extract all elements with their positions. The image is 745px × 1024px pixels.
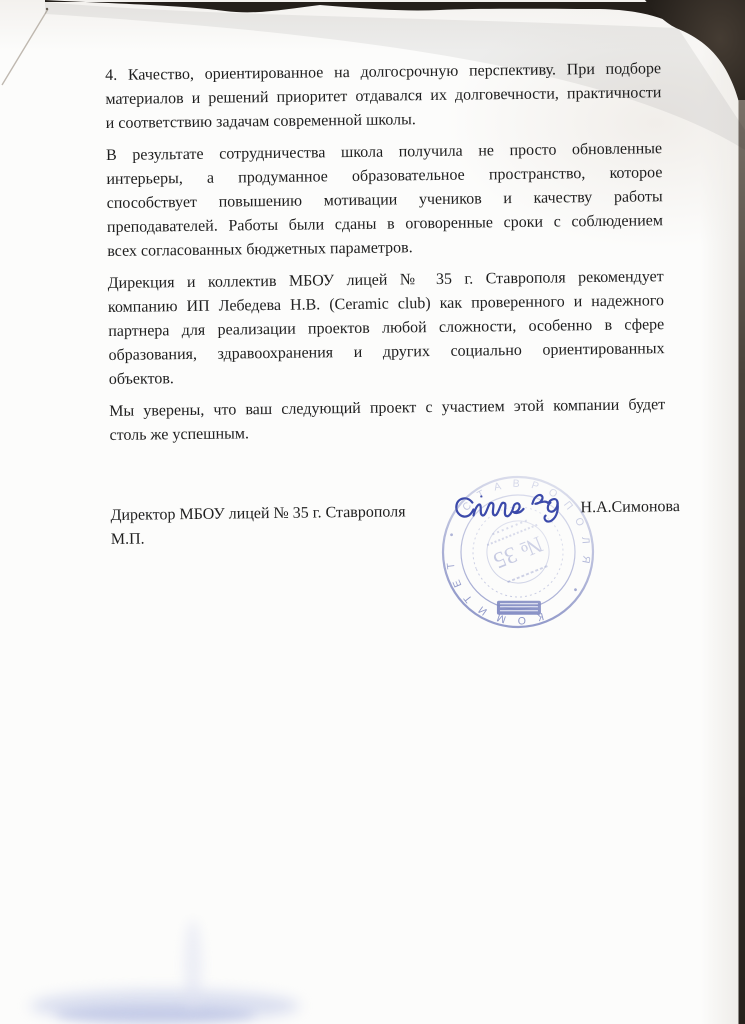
- paragraph-recommendation: Дирекция и коллектив МБОУ лицей № 35 г. …: [108, 265, 665, 392]
- ink-smudge: [184, 920, 202, 1010]
- stamp-dense-patch: [497, 601, 541, 615]
- paragraph-closing: Мы уверены, что ваш следующий проект с у…: [109, 393, 666, 448]
- scan-top-edge: [45, 0, 745, 26]
- scan-right-edge: [739, 100, 745, 1024]
- crease-speck: [46, 8, 48, 10]
- stamp-center-number: № 35: [490, 531, 546, 573]
- paragraph-result: В результате сотрудничества школа получи…: [106, 137, 663, 264]
- signer-title: Директор МБОУ лицей № 35 г. Ставрополя: [110, 500, 405, 528]
- paragraph-quality: 4. Качество, ориентированное на долгосро…: [105, 57, 662, 136]
- ink-smudge: [55, 1006, 255, 1024]
- official-stamp: КОМИТЕТ • СТАВРОПОЛЯ • № 35: [428, 462, 608, 642]
- scanned-letter-page: 4. Качество, ориентированное на долгосро…: [0, 0, 745, 1024]
- fold-crease-line: [2, 9, 48, 85]
